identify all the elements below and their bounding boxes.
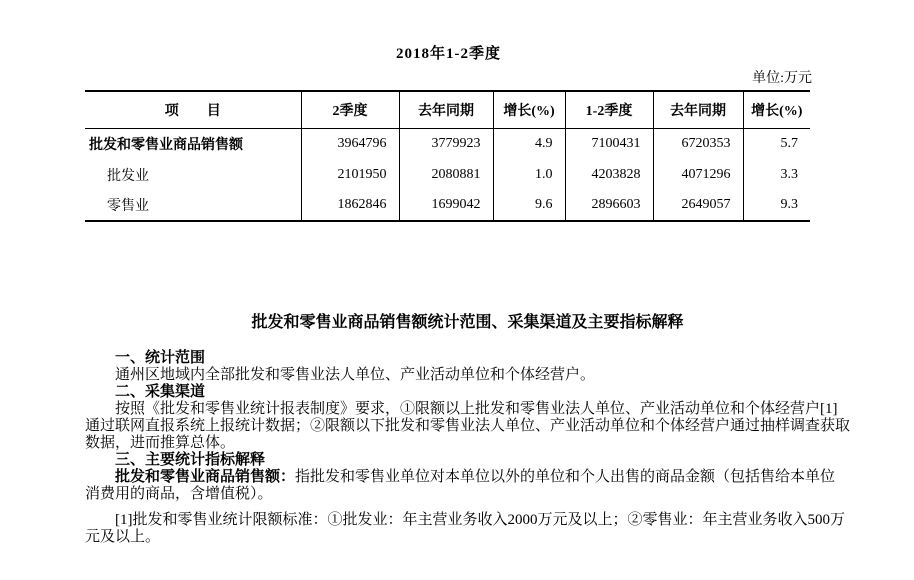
section-title-channels: 二、采集渠道 bbox=[85, 384, 850, 401]
item-cell: 零售业 bbox=[85, 190, 301, 221]
notes-section: 批发和零售业商品销售额统计范围、采集渠道及主要指标解释 一、统计范围 通州区地域… bbox=[85, 314, 850, 546]
table-row-retail: 零售业 1862846 1699042 9.6 2896603 2649057 … bbox=[85, 190, 810, 221]
section-title-scope: 一、统计范围 bbox=[85, 350, 850, 367]
section-body-indicators: 批发和零售业商品销售额：指批发和零售业单位对本单位以外的单位和个人出售的商品金额… bbox=[85, 469, 850, 503]
section-body-channels: 按照《批发和零售业统计报表制度》要求，①限额以上批发和零售业法人单位、产业活动单… bbox=[85, 401, 850, 452]
footnote: [1]批发和零售业统计限额标准：①批发业：年主营业务收入2000万元及以上；②零… bbox=[85, 512, 850, 546]
value-cell: 4.9 bbox=[493, 128, 565, 159]
section-title-indicators: 三、主要统计指标解释 bbox=[85, 452, 850, 469]
value-cell: 1699042 bbox=[399, 190, 493, 221]
section-body-scope: 通州区地域内全部批发和零售业法人单位、产业活动单位和个体经营户。 bbox=[85, 367, 850, 384]
value-cell: 1.0 bbox=[493, 159, 565, 190]
col-header-h1-last-year: 去年同期 bbox=[653, 91, 743, 128]
value-cell: 1862846 bbox=[301, 190, 399, 221]
document-page: 2018年1-2季度 单位:万元 项 目 2季度 去年同期 增长(%) 1-2季… bbox=[0, 0, 914, 580]
table-header-row: 项 目 2季度 去年同期 增长(%) 1-2季度 去年同期 增长(%) bbox=[85, 91, 810, 128]
value-cell: 2101950 bbox=[301, 159, 399, 190]
sales-statistics-table: 项 目 2季度 去年同期 增长(%) 1-2季度 去年同期 增长(%) 批发和零… bbox=[85, 90, 810, 222]
col-header-q2-last-year: 去年同期 bbox=[399, 91, 493, 128]
value-cell: 4203828 bbox=[565, 159, 653, 190]
value-cell: 2896603 bbox=[565, 190, 653, 221]
notes-heading: 批发和零售业商品销售额统计范围、采集渠道及主要指标解释 bbox=[85, 314, 850, 331]
value-cell: 9.6 bbox=[493, 190, 565, 221]
value-cell: 3779923 bbox=[399, 128, 493, 159]
indicator-term: 批发和零售业商品销售额： bbox=[115, 469, 295, 485]
table-row-total: 批发和零售业商品销售额 3964796 3779923 4.9 7100431 … bbox=[85, 128, 810, 159]
value-cell: 4071296 bbox=[653, 159, 743, 190]
value-cell: 2649057 bbox=[653, 190, 743, 221]
value-cell: 9.3 bbox=[743, 190, 810, 221]
item-cell: 批发和零售业商品销售额 bbox=[85, 128, 301, 159]
value-cell: 3964796 bbox=[301, 128, 399, 159]
value-cell: 7100431 bbox=[565, 128, 653, 159]
col-header-q2-growth: 增长(%) bbox=[493, 91, 565, 128]
item-cell: 批发业 bbox=[85, 159, 301, 190]
col-header-h1: 1-2季度 bbox=[565, 91, 653, 128]
value-cell: 2080881 bbox=[399, 159, 493, 190]
col-header-q2: 2季度 bbox=[301, 91, 399, 128]
table-row-wholesale: 批发业 2101950 2080881 1.0 4203828 4071296 … bbox=[85, 159, 810, 190]
unit-label: 单位:万元 bbox=[85, 67, 812, 87]
value-cell: 5.7 bbox=[743, 128, 810, 159]
document-content: 2018年1-2季度 单位:万元 项 目 2季度 去年同期 增长(%) 1-2季… bbox=[0, 0, 850, 546]
page-title: 2018年1-2季度 bbox=[85, 42, 812, 63]
value-cell: 6720353 bbox=[653, 128, 743, 159]
col-header-item: 项 目 bbox=[85, 91, 301, 128]
col-header-h1-growth: 增长(%) bbox=[743, 91, 810, 128]
value-cell: 3.3 bbox=[743, 159, 810, 190]
